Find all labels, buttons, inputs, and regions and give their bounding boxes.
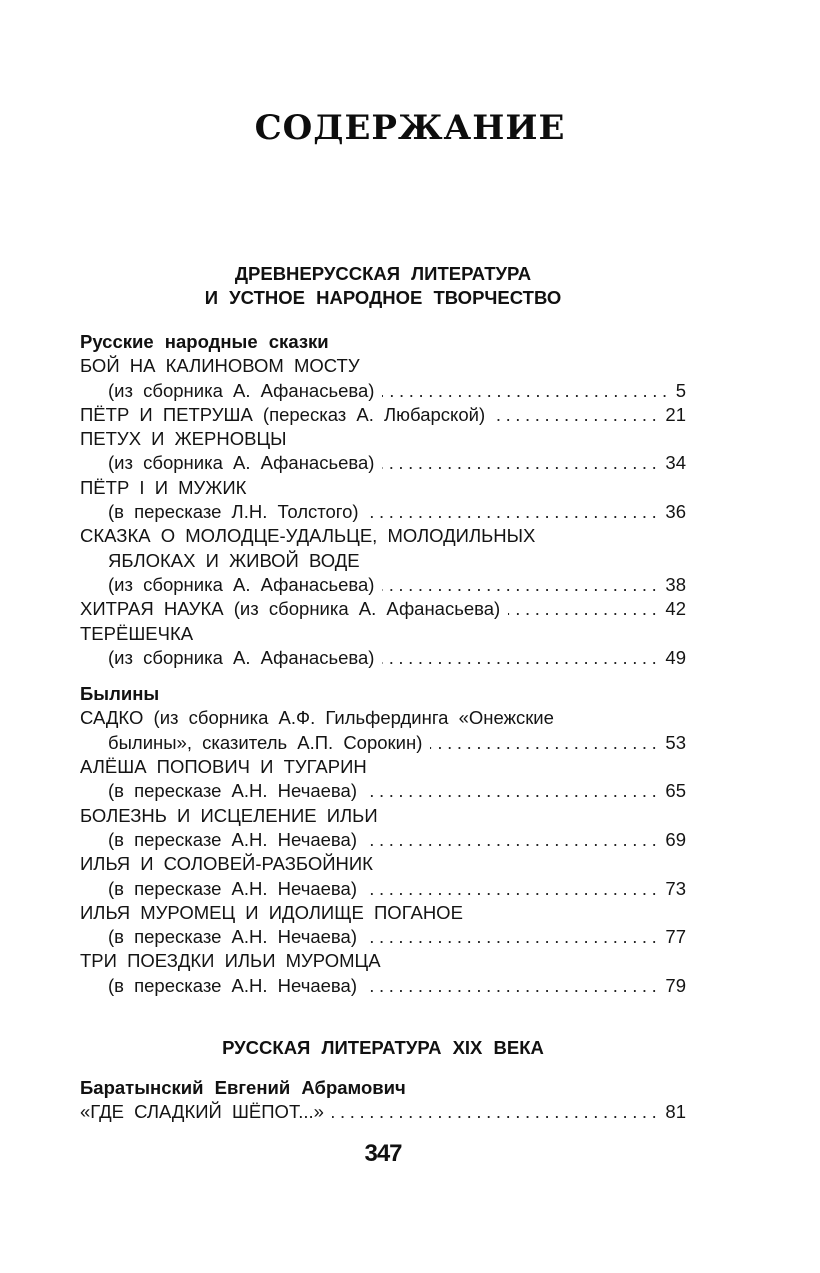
toc-entry[interactable]: ХИТРАЯ НАУКА (из сборника А. Афанасьева)… (80, 597, 686, 621)
toc-entry[interactable]: СКАЗКА О МОЛОДЦЕ-УДАЛЬЦЕ, МОЛОДИЛЬНЫХЯБЛ… (80, 524, 686, 597)
toc-subheading: Былины (80, 682, 686, 706)
toc-page-number: 42 (665, 597, 686, 621)
toc-page-number: 69 (665, 828, 686, 852)
toc-entry-text: ТЕРЁШЕЧКА (80, 622, 193, 646)
toc-section-19th-century: Баратынский Евгений Абрамович«ГДЕ СЛАДКИ… (80, 1076, 686, 1125)
toc-subheading: Баратынский Евгений Абрамович (80, 1076, 686, 1100)
toc-entry-text: (в пересказе А.Н. Нечаева) (108, 974, 357, 998)
toc-entry-line-with-page: (в пересказе А.Н. Нечаева)..............… (80, 925, 686, 949)
toc-entry-text: (в пересказе А.Н. Нечаева) (108, 925, 357, 949)
section-heading-line: И УСТНОЕ НАРОДНОЕ ТВОРЧЕСТВО (0, 286, 766, 310)
section-heading-old-russian: ДРЕВНЕРУССКАЯ ЛИТЕРАТУРА И УСТНОЕ НАРОДН… (0, 262, 766, 310)
toc-entry[interactable]: ИЛЬЯ И СОЛОВЕЙ-РАЗБОЙНИК(в пересказе А.Н… (80, 852, 686, 901)
toc-entry-text: ИЛЬЯ И СОЛОВЕЙ-РАЗБОЙНИК (80, 852, 373, 876)
toc-entry-line-with-page: (в пересказе А.Н. Нечаева)..............… (80, 779, 686, 803)
toc-page-number: 53 (665, 731, 686, 755)
dot-leader: ........................................… (382, 646, 661, 670)
toc-entry-text: САДКО (из сборника А.Ф. Гильфердинга «Он… (80, 706, 554, 730)
toc-page-number: 79 (665, 974, 686, 998)
dot-leader: ........................................… (382, 451, 661, 475)
toc-page-number: 36 (665, 500, 686, 524)
dot-leader: ........................................… (365, 925, 661, 949)
dot-leader: ........................................… (365, 974, 661, 998)
toc-entry-title-line: САДКО (из сборника А.Ф. Гильфердинга «Он… (80, 706, 686, 730)
toc-entry-text: (из сборника А. Афанасьева) (108, 451, 374, 475)
toc-entry[interactable]: ПЁТР И ПЕТРУША (пересказ А. Любарской)..… (80, 403, 686, 427)
toc-entry-title-line: БОЙ НА КАЛИНОВОМ МОСТУ (80, 354, 686, 378)
toc-page-number: 77 (665, 925, 686, 949)
toc-entry-line-with-page: (из сборника А. Афанасьева).............… (80, 573, 686, 597)
toc-entry[interactable]: ПЁТР I И МУЖИК(в пересказе Л.Н. Толстого… (80, 476, 686, 525)
toc-entry-text: (в пересказе Л.Н. Толстого) (108, 500, 359, 524)
toc-entry-text: СКАЗКА О МОЛОДЦЕ-УДАЛЬЦЕ, МОЛОДИЛЬНЫХ (80, 524, 535, 548)
toc-page-number: 73 (665, 877, 686, 901)
toc-entry[interactable]: «ГДЕ СЛАДКИЙ ШЁПОТ...»..................… (80, 1100, 686, 1124)
toc-entry-text: ПЁТР И ПЕТРУША (пересказ А. Любарской) (80, 403, 485, 427)
toc-entry-line-with-page: былины», сказитель А.П. Сорокин)........… (80, 731, 686, 755)
toc-entry-title-line: ПЕТУХ И ЖЕРНОВЦЫ (80, 427, 686, 451)
toc-entry-title-line: ПЁТР I И МУЖИК (80, 476, 686, 500)
toc-entry-title-line: ИЛЬЯ И СОЛОВЕЙ-РАЗБОЙНИК (80, 852, 686, 876)
toc-entry-text: ИЛЬЯ МУРОМЕЦ И ИДОЛИЩЕ ПОГАНОЕ (80, 901, 463, 925)
toc-page-number: 65 (665, 779, 686, 803)
toc-entry-line-with-page: (из сборника А. Афанасьева).............… (80, 451, 686, 475)
toc-entry[interactable]: ПЕТУХ И ЖЕРНОВЦЫ(из сборника А. Афанасье… (80, 427, 686, 476)
dot-leader: ........................................… (508, 597, 661, 621)
toc-entry-text: ЯБЛОКАХ И ЖИВОЙ ВОДЕ (108, 549, 360, 573)
dot-leader: ........................................… (367, 500, 662, 524)
section-heading-19th-century: РУССКАЯ ЛИТЕРАТУРА XIX ВЕКА (0, 1036, 766, 1060)
section-heading-line: ДРЕВНЕРУССКАЯ ЛИТЕРАТУРА (0, 262, 766, 286)
toc-entry-text: былины», сказитель А.П. Сорокин) (108, 731, 422, 755)
toc-page-number: 81 (665, 1100, 686, 1124)
toc-entry-text: (из сборника А. Афанасьева) (108, 379, 374, 403)
toc-entry[interactable]: ИЛЬЯ МУРОМЕЦ И ИДОЛИЩЕ ПОГАНОЕ(в переска… (80, 901, 686, 950)
toc-entry-line-with-page: «ГДЕ СЛАДКИЙ ШЁПОТ...»..................… (80, 1100, 686, 1124)
toc-entry[interactable]: АЛЁША ПОПОВИЧ И ТУГАРИН(в пересказе А.Н.… (80, 755, 686, 804)
toc-entry-line-with-page: ПЁТР И ПЕТРУША (пересказ А. Любарской)..… (80, 403, 686, 427)
toc-entry-title-line: ЯБЛОКАХ И ЖИВОЙ ВОДЕ (80, 549, 686, 573)
toc-entry-text: (из сборника А. Афанасьева) (108, 646, 374, 670)
toc-subheading: Русские народные сказки (80, 330, 686, 354)
toc-entry-line-with-page: ХИТРАЯ НАУКА (из сборника А. Афанасьева)… (80, 597, 686, 621)
toc-entry-title-line: ТРИ ПОЕЗДКИ ИЛЬИ МУРОМЦА (80, 949, 686, 973)
toc-page-number: 49 (665, 646, 686, 670)
toc-entry-line-with-page: (в пересказе А.Н. Нечаева)..............… (80, 828, 686, 852)
toc-entry-text: ХИТРАЯ НАУКА (из сборника А. Афанасьева) (80, 597, 500, 621)
dot-leader: ........................................… (382, 573, 661, 597)
dot-leader: ........................................… (365, 828, 661, 852)
dot-leader: ........................................… (365, 877, 661, 901)
toc-entry[interactable]: БОЛЕЗНЬ И ИСЦЕЛЕНИЕ ИЛЬИ(в пересказе А.Н… (80, 804, 686, 853)
toc-entry-title-line: СКАЗКА О МОЛОДЦЕ-УДАЛЬЦЕ, МОЛОДИЛЬНЫХ (80, 524, 686, 548)
dot-leader: ........................................… (493, 403, 661, 427)
toc-entry-text: БОЛЕЗНЬ И ИСЦЕЛЕНИЕ ИЛЬИ (80, 804, 378, 828)
dot-leader: ........................................… (332, 1100, 662, 1124)
toc-entry[interactable]: ТРИ ПОЕЗДКИ ИЛЬИ МУРОМЦА(в пересказе А.Н… (80, 949, 686, 998)
toc-entry-line-with-page: (из сборника А. Афанасьева).............… (80, 379, 686, 403)
toc-page-number: 34 (665, 451, 686, 475)
toc-page-number: 5 (676, 379, 686, 403)
toc-entry-text: (в пересказе А.Н. Нечаева) (108, 828, 357, 852)
toc-entry-text: ПЕТУХ И ЖЕРНОВЦЫ (80, 427, 287, 451)
section-heading-line: РУССКАЯ ЛИТЕРАТУРА XIX ВЕКА (0, 1036, 766, 1060)
dot-leader: ........................................… (365, 779, 661, 803)
toc-entry-line-with-page: (в пересказе А.Н. Нечаева)..............… (80, 877, 686, 901)
toc-entry-text: ПЁТР I И МУЖИК (80, 476, 246, 500)
toc-entry-text: (в пересказе А.Н. Нечаева) (108, 877, 357, 901)
toc-entry-title-line: АЛЁША ПОПОВИЧ И ТУГАРИН (80, 755, 686, 779)
toc-entry-line-with-page: (из сборника А. Афанасьева).............… (80, 646, 686, 670)
toc-entry-line-with-page: (в пересказе А.Н. Нечаева)..............… (80, 974, 686, 998)
toc-entry-text: АЛЁША ПОПОВИЧ И ТУГАРИН (80, 755, 367, 779)
toc-entry-line-with-page: (в пересказе Л.Н. Толстого).............… (80, 500, 686, 524)
toc-entry-title-line: ИЛЬЯ МУРОМЕЦ И ИДОЛИЩЕ ПОГАНОЕ (80, 901, 686, 925)
toc-section-old-russian: Русские народные сказкиБОЙ НА КАЛИНОВОМ … (80, 330, 686, 998)
toc-entry-text: ТРИ ПОЕЗДКИ ИЛЬИ МУРОМЦА (80, 949, 381, 973)
page-number: 347 (0, 1140, 766, 1168)
page-title: СОДЕРЖАНИЕ (0, 108, 820, 148)
toc-entry-text: «ГДЕ СЛАДКИЙ ШЁПОТ...» (80, 1100, 324, 1124)
dot-leader: ........................................… (430, 731, 661, 755)
toc-entry[interactable]: ТЕРЁШЕЧКА(из сборника А. Афанасьева)....… (80, 622, 686, 671)
toc-entry-text: (из сборника А. Афанасьева) (108, 573, 374, 597)
toc-entry[interactable]: САДКО (из сборника А.Ф. Гильфердинга «Он… (80, 706, 686, 755)
group-spacer (80, 670, 686, 682)
toc-page-number: 38 (665, 573, 686, 597)
toc-entry-title-line: БОЛЕЗНЬ И ИСЦЕЛЕНИЕ ИЛЬИ (80, 804, 686, 828)
toc-entry-text: БОЙ НА КАЛИНОВОМ МОСТУ (80, 354, 360, 378)
toc-entry-text: (в пересказе А.Н. Нечаева) (108, 779, 357, 803)
toc-entry-title-line: ТЕРЁШЕЧКА (80, 622, 686, 646)
toc-entry[interactable]: БОЙ НА КАЛИНОВОМ МОСТУ(из сборника А. Аф… (80, 354, 686, 403)
dot-leader: ........................................… (382, 379, 671, 403)
toc-page-number: 21 (665, 403, 686, 427)
